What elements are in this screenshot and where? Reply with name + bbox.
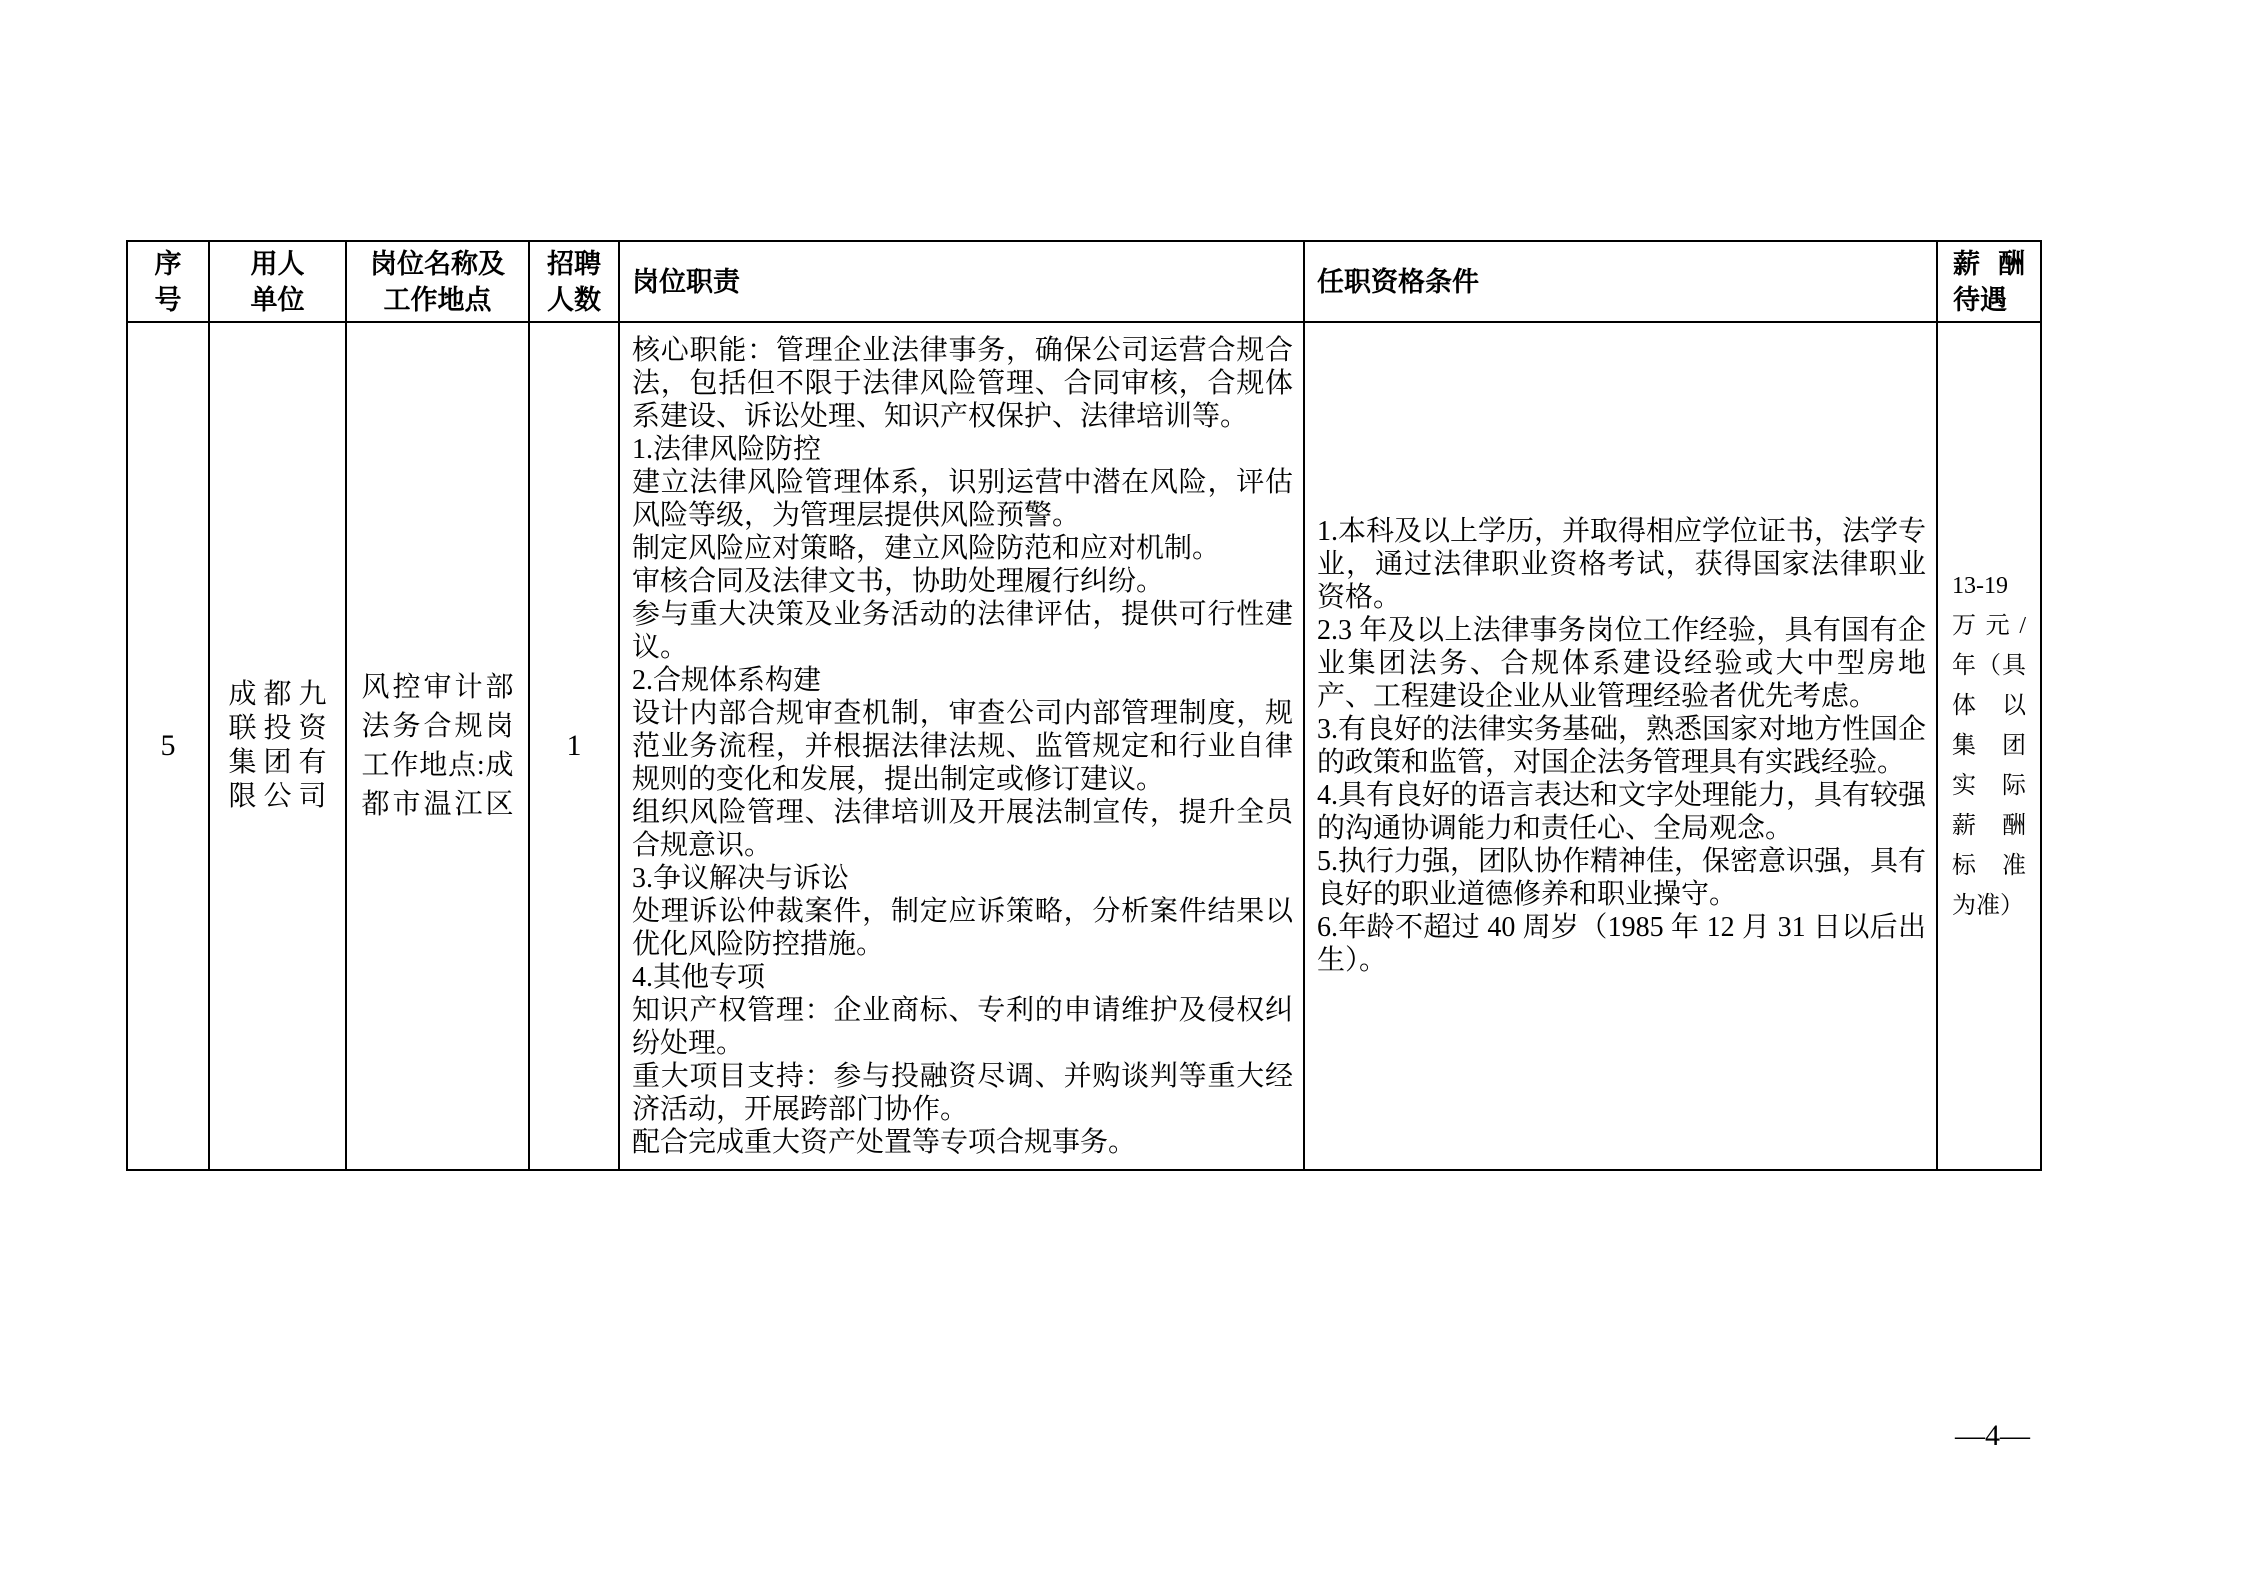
cell-headcount: 1 xyxy=(530,323,620,1169)
header-serial: 序 号 xyxy=(128,242,210,323)
cell-salary: 13-19 万元/ 年（具 体以 集团 实际 薪酬 标准 为准） xyxy=(1938,323,2040,1169)
salary-line: 13-19 xyxy=(1952,566,2026,606)
salary-text: 13-19 万元/ 年（具 体以 集团 实际 薪酬 标准 为准） xyxy=(1952,566,2026,926)
salary-line: 万元/ xyxy=(1952,606,2026,646)
employer-line: 集团有 xyxy=(229,746,327,780)
qualification-paragraph: 4.具有良好的语言表达和文字处理能力，具有较强的沟通协调能力和责任心、全局观念。 xyxy=(1317,779,1926,845)
header-duties: 岗位职责 xyxy=(620,242,1305,323)
header-position-line2: 工作地点 xyxy=(384,282,492,318)
position-line: 风控审计部 xyxy=(362,668,514,707)
duty-paragraph: 2.合规体系构建 xyxy=(632,664,1293,697)
job-table: 序 号 用人 单位 岗位名称及 工作地点 招聘 人数 岗位职责 任职资格条件 薪… xyxy=(126,240,2042,1171)
header-salary-block: 薪酬 待遇 xyxy=(1953,246,2025,318)
headcount-value: 1 xyxy=(567,729,582,763)
salary-line: 实际 xyxy=(1952,766,2026,806)
duty-paragraph: 参与重大决策及业务活动的法律评估，提供可行性建议。 xyxy=(632,598,1293,664)
header-salary-line1: 薪酬 xyxy=(1953,246,2025,282)
header-position-line1: 岗位名称及 xyxy=(370,246,505,282)
duty-paragraph: 重大项目支持：参与投融资尽调、并购谈判等重大经济活动，开展跨部门协作。 xyxy=(632,1060,1293,1126)
document-page: 序 号 用人 单位 岗位名称及 工作地点 招聘 人数 岗位职责 任职资格条件 薪… xyxy=(0,0,2245,1587)
duty-paragraph: 处理诉讼仲裁案件，制定应诉策略，分析案件结果以优化风险防控措施。 xyxy=(632,895,1293,961)
duty-paragraph: 配合完成重大资产处置等专项合规事务。 xyxy=(632,1126,1293,1159)
duty-paragraph: 3.争议解决与诉讼 xyxy=(632,862,1293,895)
salary-line: 标准 xyxy=(1952,846,2026,886)
header-headcount-line1: 招聘 xyxy=(547,246,601,282)
duty-paragraph: 组织风险管理、法律培训及开展法制宣传，提升全员合规意识。 xyxy=(632,796,1293,862)
serial-number-value: 5 xyxy=(161,729,176,763)
cell-qualifications: 1.本科及以上学历，并取得相应学位证书，法学专业，通过法律职业资格考试，获得国家… xyxy=(1305,323,1938,1169)
header-salary-line2: 待遇 xyxy=(1953,282,2025,318)
duty-paragraph: 审核合同及法律文书，协助处理履行纠纷。 xyxy=(632,565,1293,598)
duty-paragraph: 1.法律风险防控 xyxy=(632,433,1293,466)
header-employer: 用人 单位 xyxy=(210,242,347,323)
header-employer-line1: 用人 xyxy=(251,246,305,282)
qualification-paragraph: 6.年龄不超过 40 周岁（1985 年 12 月 31 日以后出生）。 xyxy=(1317,911,1926,977)
header-serial-line1: 序 xyxy=(155,246,182,282)
cell-serial-number: 5 xyxy=(128,323,210,1169)
cell-employer: 成都九 联投资 集团有 限公司 xyxy=(210,323,347,1169)
duty-paragraph: 设计内部合规审查机制，审查公司内部管理制度，规范业务流程，并根据法律法规、监管规… xyxy=(632,697,1293,796)
header-salary: 薪酬 待遇 xyxy=(1938,242,2040,323)
position-line: 都市温江区 xyxy=(362,785,514,824)
header-headcount: 招聘 人数 xyxy=(530,242,620,323)
salary-line: 年（具 xyxy=(1952,646,2026,686)
header-qualifications: 任职资格条件 xyxy=(1305,242,1938,323)
qualification-paragraph: 2.3 年及以上法律事务岗位工作经验，具有国有企业集团法务、合规体系建设经验或大… xyxy=(1317,614,1926,713)
salary-line: 集团 xyxy=(1952,726,2026,766)
duty-paragraph: 4.其他专项 xyxy=(632,961,1293,994)
header-serial-line2: 号 xyxy=(155,282,182,318)
duty-paragraph: 建立法律风险管理体系，识别运营中潜在风险，评估风险等级，为管理层提供风险预警。 xyxy=(632,466,1293,532)
cell-position-location: 风控审计部 法务合规岗 工作地点:成 都市温江区 xyxy=(347,323,530,1169)
salary-line: 薪酬 xyxy=(1952,806,2026,846)
position-line: 法务合规岗 xyxy=(362,707,514,746)
qualification-paragraph: 1.本科及以上学历，并取得相应学位证书，法学专业，通过法律职业资格考试，获得国家… xyxy=(1317,515,1926,614)
cell-duties: 核心职能：管理企业法律事务，确保公司运营合规合法，包括但不限于法律风险管理、合同… xyxy=(620,323,1305,1169)
page-number: —4— xyxy=(1955,1418,2030,1454)
employer-line: 联投资 xyxy=(229,712,327,746)
duty-paragraph: 知识产权管理：企业商标、专利的申请维护及侵权纠纷处理。 xyxy=(632,994,1293,1060)
header-qualifications-label: 任职资格条件 xyxy=(1317,264,1479,300)
qualification-paragraph: 3.有良好的法律实务基础，熟悉国家对地方性国企的政策和监管，对国企法务管理具有实… xyxy=(1317,713,1926,779)
position-and-location: 风控审计部 法务合规岗 工作地点:成 都市温江区 xyxy=(362,668,514,824)
salary-line: 为准） xyxy=(1952,886,2026,926)
employer-line: 限公司 xyxy=(229,780,327,814)
qualification-paragraph: 5.执行力强，团队协作精神佳，保密意识强，具有良好的职业道德修养和职业操守。 xyxy=(1317,845,1926,911)
duty-paragraph: 核心职能：管理企业法律事务，确保公司运营合规合法，包括但不限于法律风险管理、合同… xyxy=(632,334,1293,433)
header-duties-label: 岗位职责 xyxy=(632,264,740,300)
header-employer-line2: 单位 xyxy=(251,282,305,318)
employer-line: 成都九 xyxy=(229,678,327,712)
duty-paragraph: 制定风险应对策略，建立风险防范和应对机制。 xyxy=(632,532,1293,565)
header-headcount-line2: 人数 xyxy=(547,282,601,318)
position-line: 工作地点:成 xyxy=(362,746,514,785)
header-position: 岗位名称及 工作地点 xyxy=(347,242,530,323)
employer-name: 成都九 联投资 集团有 限公司 xyxy=(229,678,327,814)
salary-line: 体以 xyxy=(1952,686,2026,726)
